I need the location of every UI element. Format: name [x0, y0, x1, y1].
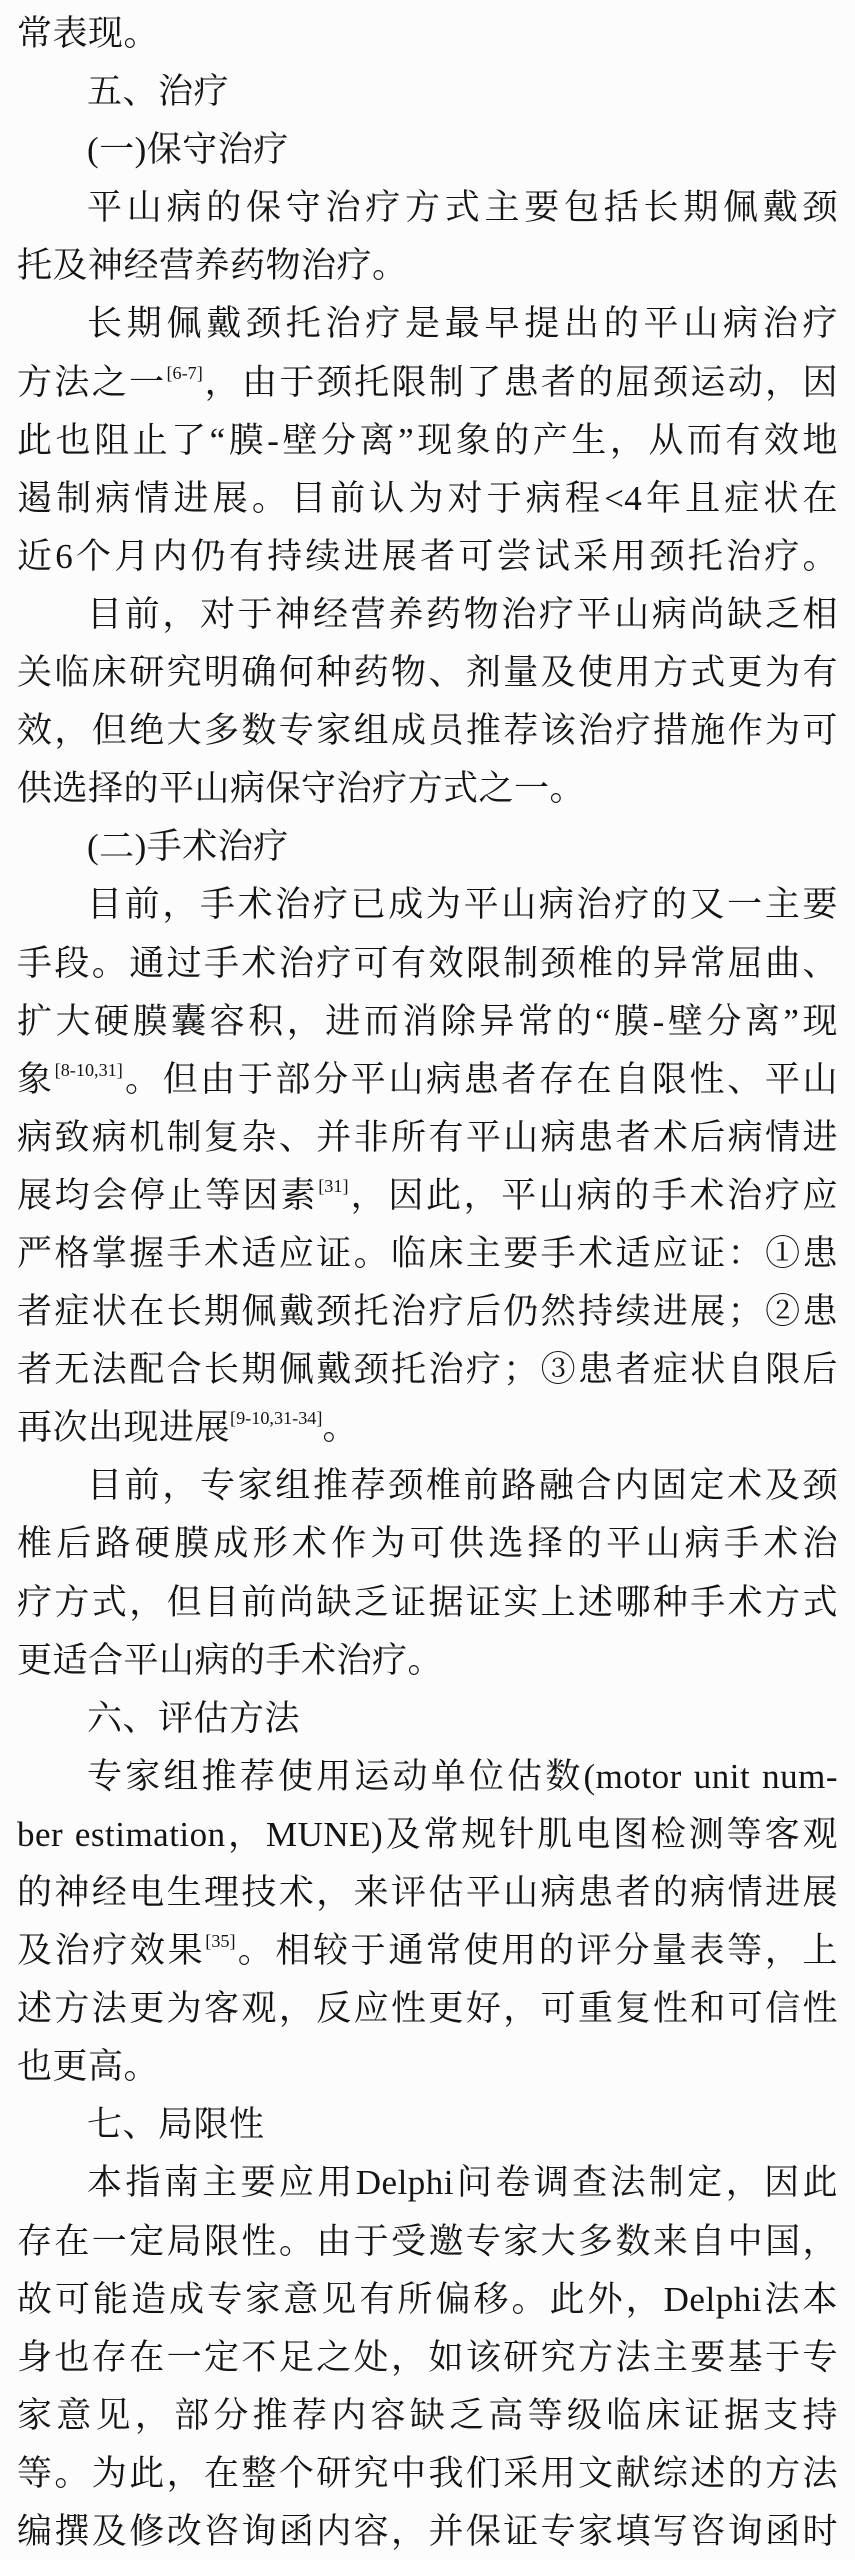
text-run: 方法之一	[17, 363, 166, 402]
text-run: 专家组推荐使用运动单位估数(motor unit num-	[87, 1757, 838, 1796]
text-run: 目前，专家组推荐颈椎前路融合内固定术及颈	[87, 1466, 838, 1505]
text-line: 也更高。	[17, 2038, 838, 2096]
text-run: 目前，对于神经营养药物治疗平山病尚缺乏相	[87, 595, 838, 634]
text-line: 椎后路硬膜成形术作为可供选择的平山病手术治	[17, 1515, 838, 1573]
text-run: ，由于颈托限制了患者的屈颈运动，因	[203, 363, 838, 402]
text-line: 的神经电生理技术，来评估平山病患者的病情进展	[17, 1864, 838, 1922]
text-run: 更适合平山病的手术治疗。	[17, 1641, 443, 1680]
text-run: 疗方式，但目前尚缺乏证据证实上述哪种手术方式	[17, 1583, 838, 1622]
text-line: 展均会停止等因素[31]，因此，平山病的手术治疗应	[17, 1167, 838, 1225]
text-run: ber estimation，MUNE)及常规针肌电图检测等客观	[17, 1815, 838, 1854]
section-heading-line: (一)保守治疗	[17, 121, 838, 179]
citation-superscript: [31]	[318, 1176, 348, 1196]
text-run: 也更高。	[17, 2047, 159, 2086]
text-line: 本指南主要应用Delphi问卷调查法制定，因此	[17, 2154, 838, 2212]
text-line: 目前，手术治疗已成为平山病治疗的又一主要	[17, 876, 838, 934]
text-line: 托及神经营养药物治疗。	[17, 237, 838, 295]
text-line: 长期佩戴颈托治疗是最早提出的平山病治疗	[17, 295, 838, 353]
text-run: 的神经电生理技术，来评估平山病患者的病情进展	[17, 1873, 838, 1912]
text-line: 遏制病情进展。目前认为对于病程<4年且症状在	[17, 470, 838, 528]
text-line: 病致病机制复杂、并非所有平山病患者术后病情进	[17, 1109, 838, 1167]
text-run: 。相较于通常使用的评分量表等，上	[236, 1931, 838, 1970]
text-run: 展均会停止等因素	[17, 1176, 318, 1215]
section-heading-line: 六、评估方法	[17, 1690, 838, 1748]
section-heading-line: 七、局限性	[17, 2096, 838, 2154]
text-run: (一)保守治疗	[87, 130, 289, 169]
text-run: 六、评估方法	[87, 1699, 300, 1738]
text-line: 疗方式，但目前尚缺乏证据证实上述哪种手术方式	[17, 1574, 838, 1632]
text-line: 等。为此，在整个研究中我们采用文献综述的方法	[17, 2445, 838, 2503]
text-line: 者症状在长期佩戴颈托治疗后仍然持续进展；②患	[17, 1283, 838, 1341]
text-run: ，因此，平山病的手术治疗应	[349, 1176, 838, 1215]
text-line: ber estimation，MUNE)及常规针肌电图检测等客观	[17, 1806, 838, 1864]
text-line: 扩大硬膜囊容积，进而消除异常的“膜-壁分离”现	[17, 993, 838, 1051]
text-run: 效，但绝大多数专家组成员推荐该治疗措施作为可	[17, 711, 838, 750]
text-line: 故可能造成专家意见有所偏移。此外，Delphi法本	[17, 2271, 838, 2329]
text-line: 关临床研究明确何种药物、剂量及使用方式更为有	[17, 644, 838, 702]
text-run: 七、局限性	[87, 2105, 265, 2144]
text-line: 近6个月内仍有持续进展者可尝试采用颈托治疗。	[17, 528, 838, 586]
text-run: 述方法更为客观，反应性更好，可重复性和可信性	[17, 1989, 838, 2028]
text-run: 椎后路硬膜成形术作为可供选择的平山病手术治	[17, 1524, 838, 1563]
text-run: 身也存在一定不足之处，如该研究方法主要基于专	[17, 2338, 838, 2377]
text-run: 再次出现进展	[17, 1408, 230, 1447]
text-line: 身也存在一定不足之处，如该研究方法主要基于专	[17, 2329, 838, 2387]
text-line: 者无法配合长期佩戴颈托治疗；③患者症状自限后	[17, 1341, 838, 1399]
section-heading-line: (二)手术治疗	[17, 818, 838, 876]
text-line: 方法之一[6-7]，由于颈托限制了患者的屈颈运动，因	[17, 354, 838, 412]
citation-superscript: [6-7]	[166, 363, 202, 383]
text-run: 关临床研究明确何种药物、剂量及使用方式更为有	[17, 653, 838, 692]
text-run: 。	[322, 1408, 358, 1447]
text-line: 编撰及修改咨询函内容，并保证专家填写咨询函时	[17, 2503, 838, 2560]
text-run: 平山病的保守治疗方式主要包括长期佩戴颈	[87, 188, 838, 227]
text-run: 等。为此，在整个研究中我们采用文献综述的方法	[17, 2454, 838, 2493]
text-run: 存在一定局限性。由于受邀专家大多数来自中国，	[17, 2222, 838, 2261]
text-line: 平山病的保守治疗方式主要包括长期佩戴颈	[17, 179, 838, 237]
text-run: 家意见，部分推荐内容缺乏高等级临床证据支持	[17, 2396, 838, 2435]
text-run: (二)手术治疗	[87, 827, 289, 866]
text-run: 供选择的平山病保守治疗方式之一。	[17, 769, 585, 808]
section-heading-line: 五、治疗	[17, 63, 838, 121]
text-line: 家意见，部分推荐内容缺乏高等级临床证据支持	[17, 2387, 838, 2445]
text-run: 者无法配合长期佩戴颈托治疗；③患者症状自限后	[17, 1350, 838, 1389]
text-run: 者症状在长期佩戴颈托治疗后仍然持续进展；②患	[17, 1292, 838, 1331]
text-line: 目前，专家组推荐颈椎前路融合内固定术及颈	[17, 1457, 838, 1515]
text-line: 严格掌握手术适应证。临床主要手术适应证：①患	[17, 1225, 838, 1283]
text-line: 供选择的平山病保守治疗方式之一。	[17, 760, 838, 818]
text-line: 存在一定局限性。由于受邀专家大多数来自中国，	[17, 2213, 838, 2271]
text-run: 目前，手术治疗已成为平山病治疗的又一主要	[87, 885, 838, 924]
text-line: 常表现。	[17, 5, 838, 63]
text-run: 。但由于部分平山病患者存在自限性、平山	[123, 1060, 838, 1099]
text-run: 近6个月内仍有持续进展者可尝试采用颈托治疗。	[17, 537, 838, 576]
text-run: 本指南主要应用Delphi问卷调查法制定，因此	[87, 2163, 838, 2202]
text-run: 托及神经营养药物治疗。	[17, 246, 408, 285]
text-line: 象[8-10,31]。但由于部分平山病患者存在自限性、平山	[17, 1051, 838, 1109]
text-run: 常表现。	[17, 14, 159, 53]
citation-superscript: [9-10,31-34]	[230, 1408, 322, 1428]
text-line: 更适合平山病的手术治疗。	[17, 1632, 838, 1690]
text-run: 象	[17, 1060, 55, 1099]
text-run: 遏制病情进展。目前认为对于病程<4年且症状在	[17, 479, 838, 518]
text-run: 此也阻止了“膜-壁分离”现象的产生，从而有效地	[17, 421, 838, 460]
text-run: 扩大硬膜囊容积，进而消除异常的“膜-壁分离”现	[17, 1002, 838, 1041]
text-run: 手段。通过手术治疗可有效限制颈椎的异常屈曲、	[17, 944, 838, 983]
text-line: 再次出现进展[9-10,31-34]。	[17, 1399, 838, 1457]
text-line: 手段。通过手术治疗可有效限制颈椎的异常屈曲、	[17, 935, 838, 993]
text-run: 及治疗效果	[17, 1931, 205, 1970]
text-line: 述方法更为客观，反应性更好，可重复性和可信性	[17, 1980, 838, 2038]
text-line: 此也阻止了“膜-壁分离”现象的产生，从而有效地	[17, 412, 838, 470]
document-page: 常表现。五、治疗(一)保守治疗平山病的保守治疗方式主要包括长期佩戴颈托及神经营养…	[0, 0, 855, 2560]
text-run: 长期佩戴颈托治疗是最早提出的平山病治疗	[87, 304, 838, 343]
text-run: 严格掌握手术适应证。临床主要手术适应证：①患	[17, 1234, 838, 1273]
citation-superscript: [35]	[205, 1931, 235, 1951]
text-line: 目前，对于神经营养药物治疗平山病尚缺乏相	[17, 586, 838, 644]
text-run: 五、治疗	[87, 72, 229, 111]
text-line: 专家组推荐使用运动单位估数(motor unit num-	[17, 1748, 838, 1806]
citation-superscript: [8-10,31]	[55, 1060, 123, 1080]
text-run: 编撰及修改咨询函内容，并保证专家填写咨询函时	[17, 2512, 838, 2551]
text-run: 病致病机制复杂、并非所有平山病患者术后病情进	[17, 1118, 838, 1157]
text-line: 及治疗效果[35]。相较于通常使用的评分量表等，上	[17, 1922, 838, 1980]
text-line: 效，但绝大多数专家组成员推荐该治疗措施作为可	[17, 702, 838, 760]
text-run: 故可能造成专家意见有所偏移。此外，Delphi法本	[17, 2280, 838, 2319]
